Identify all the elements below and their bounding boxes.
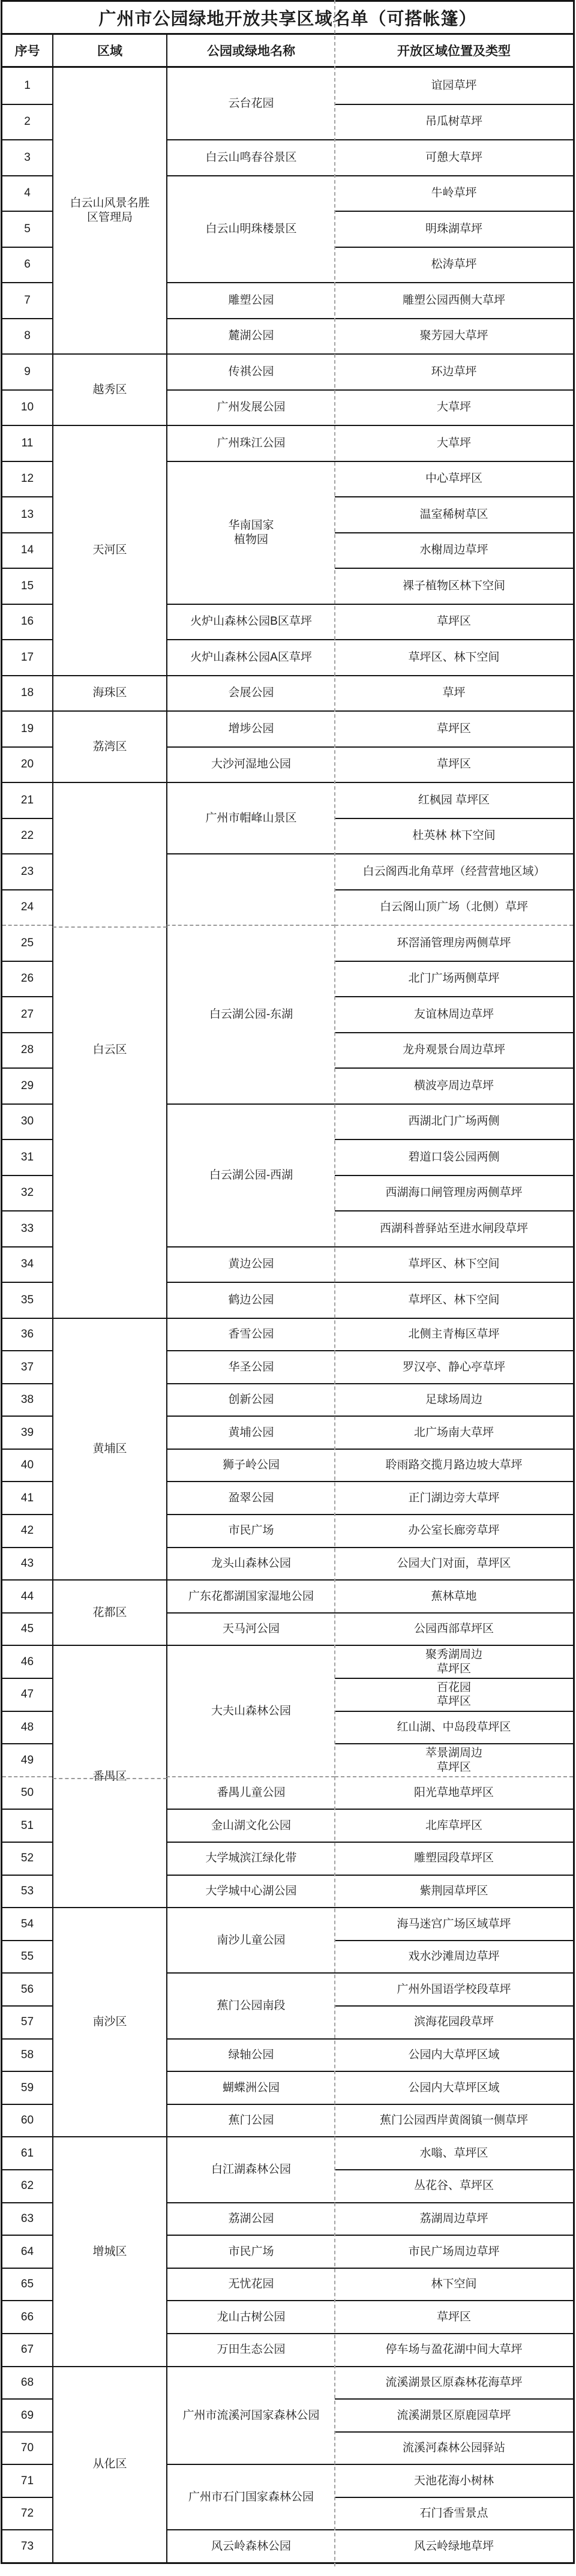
table-row: 44花都区广东花都湖国家湿地公园蕉林草地 xyxy=(2,1579,573,1612)
row-number-cell: 30 xyxy=(2,1103,52,1139)
row-number-cell: 26 xyxy=(2,961,52,997)
area-cell: 杜英林 林下空间 xyxy=(335,818,573,854)
row-number-cell: 29 xyxy=(2,1067,52,1103)
area-cell: 白云阁西北角草坪（经营营地区域） xyxy=(335,853,573,889)
area-cell: 明珠湖草坪 xyxy=(335,211,573,247)
park-cell: 蝴蝶洲公园 xyxy=(166,2071,335,2104)
parks-table: 序号 区域 公园或绿地名称 开放区域位置及类型 1白云山风景名胜 区管理局云台花… xyxy=(2,35,573,2562)
district-cell: 荔湾区 xyxy=(52,710,166,782)
row-number-cell: 41 xyxy=(2,1481,52,1514)
district-cell: 南沙区 xyxy=(52,1907,166,2136)
row-number-cell: 67 xyxy=(2,2333,52,2366)
area-cell: 丛花谷、草坪区 xyxy=(335,2169,573,2202)
district-cell: 海珠区 xyxy=(52,675,166,711)
park-cell xyxy=(166,853,335,925)
area-cell: 停车场与盈花湖中间大草坪 xyxy=(335,2333,573,2366)
table-sheet: 广州市公园绿地开放共享区域名单（可搭帐篷） 序号 区域 公园或绿地名称 开放区域… xyxy=(1,0,575,2564)
area-cell: 阳光草地草坪区 xyxy=(335,1776,573,1809)
row-number-cell: 43 xyxy=(2,1547,52,1580)
park-cell: 广州发展公园 xyxy=(166,389,335,425)
park-cell: 万田生态公园 xyxy=(166,2333,335,2366)
park-cell: 狮子岭公园 xyxy=(166,1449,335,1482)
area-cell: 红枫园 草坪区 xyxy=(335,782,573,818)
area-cell: 友谊林周边草坪 xyxy=(335,996,573,1032)
park-cell: 蕉门公园 xyxy=(166,2104,335,2137)
table-header: 序号 区域 公园或绿地名称 开放区域位置及类型 xyxy=(2,35,573,68)
row-number-cell: 60 xyxy=(2,2104,52,2137)
park-cell: 会展公园 xyxy=(166,675,335,711)
area-cell: 蕉林草地 xyxy=(335,1579,573,1612)
page-canvas: 广州市公园绿地开放共享区域名单（可搭帐篷） 序号 区域 公园或绿地名称 开放区域… xyxy=(0,0,576,2576)
park-cell: 市民广场 xyxy=(166,1514,335,1547)
area-cell: 环边草坪 xyxy=(335,353,573,389)
park-cell: 荔湖公园 xyxy=(166,2202,335,2235)
row-number-cell: 52 xyxy=(2,1842,52,1875)
row-number-cell: 18 xyxy=(2,675,52,711)
area-cell: 草坪区、林下空间 xyxy=(335,1246,573,1282)
area-cell: 牛岭草坪 xyxy=(335,175,573,211)
area-cell: 广州外国语学校段草坪 xyxy=(335,1972,573,2005)
row-number-cell: 25 xyxy=(2,925,52,961)
table-body: 1白云山风景名胜 区管理局云台花园谊园草坪2吊瓜树草坪3白云山鸣春谷景区可憩大草… xyxy=(2,68,573,2562)
row-number-cell: 44 xyxy=(2,1579,52,1612)
park-cell: 龙山古树公园 xyxy=(166,2300,335,2333)
area-cell: 西湖科普驿站至进水闸段草坪 xyxy=(335,1210,573,1246)
park-cell: 大学城中心湖公园 xyxy=(166,1875,335,1908)
row-number-cell: 16 xyxy=(2,604,52,640)
area-cell: 碧道口袋公园两侧 xyxy=(335,1139,573,1175)
park-cell: 黄埔公园 xyxy=(166,1416,335,1449)
row-number-cell: 49 xyxy=(2,1743,52,1776)
park-cell: 云台花园 xyxy=(166,68,335,139)
area-cell: 北广场南大草坪 xyxy=(335,1416,573,1449)
row-number-cell: 45 xyxy=(2,1612,52,1645)
district-cell: 花都区 xyxy=(52,1579,166,1645)
table-row: 11天河区广州珠江公园大草坪 xyxy=(2,425,573,461)
row-number-cell: 33 xyxy=(2,1210,52,1246)
area-cell: 蕉门公园西岸黄阁镇一侧草坪 xyxy=(335,2104,573,2137)
park-cell: 绿轴公园 xyxy=(166,2038,335,2071)
park-cell: 广州市帽峰山景区 xyxy=(166,782,335,853)
row-number-cell: 3 xyxy=(2,139,52,175)
row-number-cell: 68 xyxy=(2,2366,52,2399)
row-number-cell: 55 xyxy=(2,1940,52,1973)
area-cell: 红山湖、中岛段草坪区 xyxy=(335,1711,573,1744)
row-number-cell: 23 xyxy=(2,853,52,889)
area-cell: 天池花海小树林 xyxy=(335,2464,573,2497)
row-number-cell: 54 xyxy=(2,1907,52,1940)
area-cell: 流溪河森林公园驿站 xyxy=(335,2431,573,2464)
row-number-cell: 46 xyxy=(2,1645,52,1678)
area-cell: 水榭周边草坪 xyxy=(335,532,573,568)
row-number-cell: 8 xyxy=(2,318,52,354)
row-number-cell: 22 xyxy=(2,818,52,854)
district-cell: 白云区 xyxy=(52,782,166,1318)
area-cell: 草坪区 xyxy=(335,710,573,746)
park-cell: 鹤边公园 xyxy=(166,1282,335,1318)
row-number-cell: 12 xyxy=(2,461,52,497)
area-cell: 可憩大草坪 xyxy=(335,139,573,175)
area-cell: 龙舟观景台周边草坪 xyxy=(335,1032,573,1068)
row-number-cell: 64 xyxy=(2,2235,52,2268)
row-number-cell: 53 xyxy=(2,1875,52,1908)
row-number-cell: 5 xyxy=(2,211,52,247)
park-cell: 金山湖文化公园 xyxy=(166,1809,335,1842)
column-header-number: 序号 xyxy=(2,35,52,68)
park-cell: 大沙河湿地公园 xyxy=(166,746,335,782)
area-cell: 西湖北门广场两侧 xyxy=(335,1103,573,1139)
row-number-cell: 51 xyxy=(2,1809,52,1842)
row-number-cell: 47 xyxy=(2,1678,52,1711)
table-row: 9越秀区传祺公园环边草坪 xyxy=(2,353,573,389)
area-cell: 正门湖边旁大草坪 xyxy=(335,1481,573,1514)
park-cell: 市民广场 xyxy=(166,2235,335,2268)
district-cell: 越秀区 xyxy=(52,353,166,425)
area-cell: 草坪区 xyxy=(335,2300,573,2333)
area-cell: 聚秀湖周边 草坪区 xyxy=(335,1645,573,1678)
park-cell: 华南国家 植物园 xyxy=(166,461,335,604)
row-number-cell: 31 xyxy=(2,1139,52,1175)
column-header-park: 公园或绿地名称 xyxy=(166,35,335,68)
row-number-cell: 15 xyxy=(2,568,52,604)
row-number-cell: 40 xyxy=(2,1449,52,1482)
area-cell: 裸子植物区林下空间 xyxy=(335,568,573,604)
area-cell: 草坪区 xyxy=(335,604,573,640)
row-number-cell: 42 xyxy=(2,1514,52,1547)
row-number-cell: 34 xyxy=(2,1246,52,1282)
row-number-cell: 27 xyxy=(2,996,52,1032)
row-number-cell: 59 xyxy=(2,2071,52,2104)
area-cell: 荔湖周边草坪 xyxy=(335,2202,573,2235)
table-row: 61增城区白江湖森林公园水嗡、草坪区 xyxy=(2,2136,573,2169)
area-cell: 市民广场周边草坪 xyxy=(335,2235,573,2268)
park-cell: 麓湖公园 xyxy=(166,318,335,354)
row-number-cell: 62 xyxy=(2,2169,52,2202)
row-number-cell: 39 xyxy=(2,1416,52,1449)
park-cell: 白云山鸣春谷景区 xyxy=(166,139,335,175)
header-row: 序号 区域 公园或绿地名称 开放区域位置及类型 xyxy=(2,35,573,68)
row-number-cell: 28 xyxy=(2,1032,52,1068)
park-cell: 华圣公园 xyxy=(166,1350,335,1383)
park-cell: 大学城滨江绿化带 xyxy=(166,1842,335,1875)
area-cell: 流溪湖景区原森林花海草坪 xyxy=(335,2366,573,2399)
row-number-cell: 69 xyxy=(2,2398,52,2431)
table-row: 18海珠区会展公园草坪 xyxy=(2,675,573,711)
area-cell: 雕塑园段草坪区 xyxy=(335,1842,573,1875)
park-cell: 白云湖公园-西湖 xyxy=(166,1103,335,1246)
row-number-cell: 21 xyxy=(2,782,52,818)
area-cell: 公园内大草坪区域 xyxy=(335,2038,573,2071)
area-cell: 吊瓜树草坪 xyxy=(335,104,573,140)
row-number-cell: 70 xyxy=(2,2431,52,2464)
row-number-cell: 38 xyxy=(2,1383,52,1416)
area-cell: 北门广场两侧草坪 xyxy=(335,961,573,997)
area-cell: 水嗡、草坪区 xyxy=(335,2136,573,2169)
district-cell: 增城区 xyxy=(52,2136,166,2365)
area-cell: 聆雨路交揽月路边坡大草坪 xyxy=(335,1449,573,1482)
row-number-cell: 10 xyxy=(2,389,52,425)
area-cell: 白云阁山顶广场（北侧）草坪 xyxy=(335,889,573,925)
park-cell: 白云湖公园-东湖 xyxy=(166,925,335,1103)
row-number-cell: 19 xyxy=(2,710,52,746)
row-number-cell: 61 xyxy=(2,2136,52,2169)
column-header-district: 区域 xyxy=(52,35,166,68)
row-number-cell: 20 xyxy=(2,746,52,782)
area-cell: 林下空间 xyxy=(335,2268,573,2301)
row-number-cell: 1 xyxy=(2,68,52,104)
area-cell: 草坪 xyxy=(335,675,573,711)
row-number-cell: 35 xyxy=(2,1282,52,1318)
table-row: 36黄埔区香雪公园北侧主青梅区草坪 xyxy=(2,1318,573,1351)
park-cell: 火炉山森林公园B区草坪 xyxy=(166,604,335,640)
park-cell: 广州市流溪河国家森林公园 xyxy=(166,2366,335,2464)
area-cell: 聚芳园大草坪 xyxy=(335,318,573,354)
table-row: 21白云区广州市帽峰山景区红枫园 草坪区 xyxy=(2,782,573,818)
row-number-cell: 63 xyxy=(2,2202,52,2235)
park-cell: 增埗公园 xyxy=(166,710,335,746)
area-cell: 草坪区 xyxy=(335,746,573,782)
row-number-cell: 56 xyxy=(2,1972,52,2005)
area-cell: 中心草坪区 xyxy=(335,461,573,497)
park-cell: 广州市石门国家森林公园 xyxy=(166,2464,335,2529)
column-header-area: 开放区域位置及类型 xyxy=(335,35,573,68)
park-cell: 大夫山森林公园 xyxy=(166,1645,335,1776)
district-cell: 黄埔区 xyxy=(52,1318,166,1580)
table-row: 68从化区广州市流溪河国家森林公园流溪湖景区原森林花海草坪 xyxy=(2,2366,573,2399)
area-cell: 戏水沙滩周边草坪 xyxy=(335,1940,573,1973)
park-cell: 南沙儿童公园 xyxy=(166,1907,335,1972)
row-number-cell: 72 xyxy=(2,2497,52,2530)
area-cell: 萃景湖周边 草坪区 xyxy=(335,1743,573,1776)
park-cell: 白江湖森林公园 xyxy=(166,2136,335,2202)
park-cell: 天马河公园 xyxy=(166,1612,335,1645)
row-number-cell: 66 xyxy=(2,2300,52,2333)
district-cell: 天河区 xyxy=(52,425,166,675)
row-number-cell: 2 xyxy=(2,104,52,140)
area-cell: 草坪区、林下空间 xyxy=(335,1282,573,1318)
park-cell: 龙头山森林公园 xyxy=(166,1547,335,1580)
row-number-cell: 37 xyxy=(2,1350,52,1383)
table-row: 54南沙区南沙儿童公园海马迷宫广场区域草坪 xyxy=(2,1907,573,1940)
area-cell: 罗汉亭、静心亭草坪 xyxy=(335,1350,573,1383)
area-cell: 紫荆园草坪区 xyxy=(335,1875,573,1908)
row-number-cell: 50 xyxy=(2,1776,52,1809)
row-number-cell: 7 xyxy=(2,282,52,318)
area-cell: 雕塑公园西侧大草坪 xyxy=(335,282,573,318)
page-title: 广州市公园绿地开放共享区域名单（可搭帐篷） xyxy=(2,2,573,35)
park-cell: 番禺儿童公园 xyxy=(166,1776,335,1809)
district-cell: 番禺区 xyxy=(52,1645,166,1907)
park-cell: 黄边公园 xyxy=(166,1246,335,1282)
area-cell: 公园西部草坪区 xyxy=(335,1612,573,1645)
row-number-cell: 32 xyxy=(2,1175,52,1211)
area-cell: 横波亭周边草坪 xyxy=(335,1067,573,1103)
park-cell: 蕉门公园南段 xyxy=(166,1972,335,2038)
area-cell: 谊园草坪 xyxy=(335,68,573,104)
area-cell: 办公室长廊旁草坪 xyxy=(335,1514,573,1547)
park-cell: 风云岭森林公园 xyxy=(166,2529,335,2562)
area-cell: 足球场周边 xyxy=(335,1383,573,1416)
row-number-cell: 24 xyxy=(2,889,52,925)
area-cell: 大草坪 xyxy=(335,425,573,461)
area-cell: 草坪区、林下空间 xyxy=(335,639,573,675)
row-number-cell: 71 xyxy=(2,2464,52,2497)
area-cell: 百花园 草坪区 xyxy=(335,1678,573,1711)
area-cell: 流溪湖景区原鹿园草坪 xyxy=(335,2398,573,2431)
area-cell: 北库草坪区 xyxy=(335,1809,573,1842)
area-cell: 大草坪 xyxy=(335,389,573,425)
area-cell: 滨海花园段草坪 xyxy=(335,2005,573,2038)
row-number-cell: 14 xyxy=(2,532,52,568)
park-cell: 盈翠公园 xyxy=(166,1481,335,1514)
area-cell: 环滘涌管理房两侧草坪 xyxy=(335,925,573,961)
park-cell: 香雪公园 xyxy=(166,1318,335,1351)
table-row: 46番禺区大夫山森林公园聚秀湖周边 草坪区 xyxy=(2,1645,573,1678)
row-number-cell: 48 xyxy=(2,1711,52,1744)
row-number-cell: 36 xyxy=(2,1318,52,1351)
park-cell: 无忧花园 xyxy=(166,2268,335,2301)
row-number-cell: 65 xyxy=(2,2268,52,2301)
row-number-cell: 9 xyxy=(2,353,52,389)
park-cell: 火炉山森林公园A区草坪 xyxy=(166,639,335,675)
row-number-cell: 57 xyxy=(2,2005,52,2038)
area-cell: 西湖海口闸管理房两侧草坪 xyxy=(335,1175,573,1211)
area-cell: 公园大门对面，草坪区 xyxy=(335,1547,573,1580)
row-number-cell: 17 xyxy=(2,639,52,675)
table-row: 1白云山风景名胜 区管理局云台花园谊园草坪 xyxy=(2,68,573,104)
area-cell: 风云岭绿地草坪 xyxy=(335,2529,573,2562)
park-cell: 广东花都湖国家湿地公园 xyxy=(166,1579,335,1612)
park-cell: 创新公园 xyxy=(166,1383,335,1416)
row-number-cell: 11 xyxy=(2,425,52,461)
table-row: 19荔湾区增埗公园草坪区 xyxy=(2,710,573,746)
row-number-cell: 6 xyxy=(2,247,52,283)
row-number-cell: 13 xyxy=(2,496,52,532)
park-cell: 白云山明珠楼景区 xyxy=(166,175,335,283)
park-cell: 雕塑公园 xyxy=(166,282,335,318)
area-cell: 公园内大草坪区域 xyxy=(335,2071,573,2104)
district-cell: 从化区 xyxy=(52,2366,166,2563)
park-cell: 广州珠江公园 xyxy=(166,425,335,461)
area-cell: 石门香雪景点 xyxy=(335,2497,573,2530)
area-cell: 海马迷宫广场区域草坪 xyxy=(335,1907,573,1940)
row-number-cell: 4 xyxy=(2,175,52,211)
park-cell: 传祺公园 xyxy=(166,353,335,389)
row-number-cell: 73 xyxy=(2,2529,52,2562)
district-cell: 白云山风景名胜 区管理局 xyxy=(52,68,166,353)
area-cell: 北侧主青梅区草坪 xyxy=(335,1318,573,1351)
row-number-cell: 58 xyxy=(2,2038,52,2071)
area-cell: 温室稀树草区 xyxy=(335,496,573,532)
area-cell: 松涛草坪 xyxy=(335,247,573,283)
